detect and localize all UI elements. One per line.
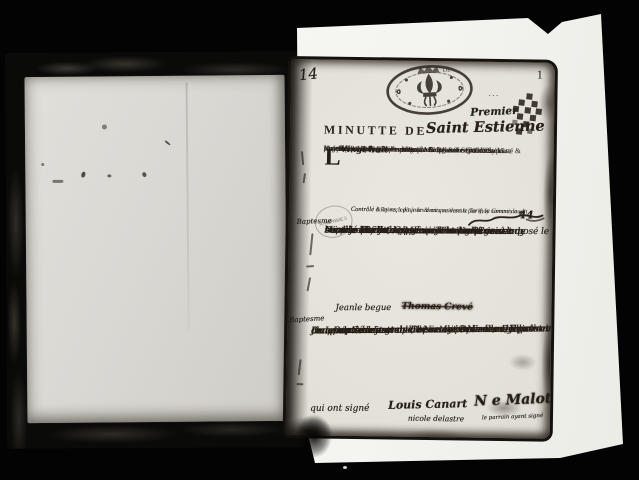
ink-speck [107, 174, 111, 177]
ink-speck [164, 140, 171, 146]
folio-annotation: 14 [298, 64, 319, 84]
fiscal-stamp-icon: DE [383, 61, 476, 120]
signature: N e Malot [474, 391, 552, 410]
archival-scan-photo: 14 1 DE ... Premier [0, 0, 639, 480]
signature: Louis Canart [388, 397, 467, 412]
entry-line: maraine Barbé Crevé qui ont signé [325, 226, 482, 238]
entry-line: qui ont signé [310, 404, 369, 414]
binding-shadow [296, 414, 332, 458]
paper-crease [186, 83, 190, 332]
ink-speck [142, 172, 147, 178]
entry-line: Jean Baptiste Legrand, la mareine Nicoll… [311, 323, 542, 337]
margin-label-bapteme-2: Baptesme [289, 314, 325, 324]
ink-speck [41, 163, 44, 166]
margin-pen-stroke [296, 383, 303, 385]
dust-speck [343, 466, 347, 469]
signature: Jeanle begue [335, 303, 391, 313]
register-title-parish-script: Saint Estienne [426, 118, 545, 137]
page-number: 1 [537, 67, 543, 82]
signature: nicole delastre [408, 414, 464, 424]
register-title-printed: MINUTTE DE [324, 123, 427, 139]
blank-pastedown-page [24, 75, 287, 423]
ink-speck [81, 171, 87, 178]
signature-note: le parrain ayant signé [482, 413, 543, 421]
ink-speck [102, 124, 107, 129]
ink-speck [52, 180, 63, 183]
manuscript-page: 14 1 DE ... Premier [283, 56, 558, 442]
svg-text:DE: DE [443, 67, 452, 73]
premier-annotation: Premier [470, 105, 518, 119]
gutter-shadow [286, 59, 313, 435]
paragraph-line: Novembre 1715. [324, 145, 374, 154]
certification-paragraph: E present Registre contenantVingt huitfe… [324, 145, 542, 148]
margin-pen-stroke [306, 265, 314, 267]
dots-mark: ... [488, 88, 499, 98]
signature: Thomas Crevé [401, 302, 473, 313]
